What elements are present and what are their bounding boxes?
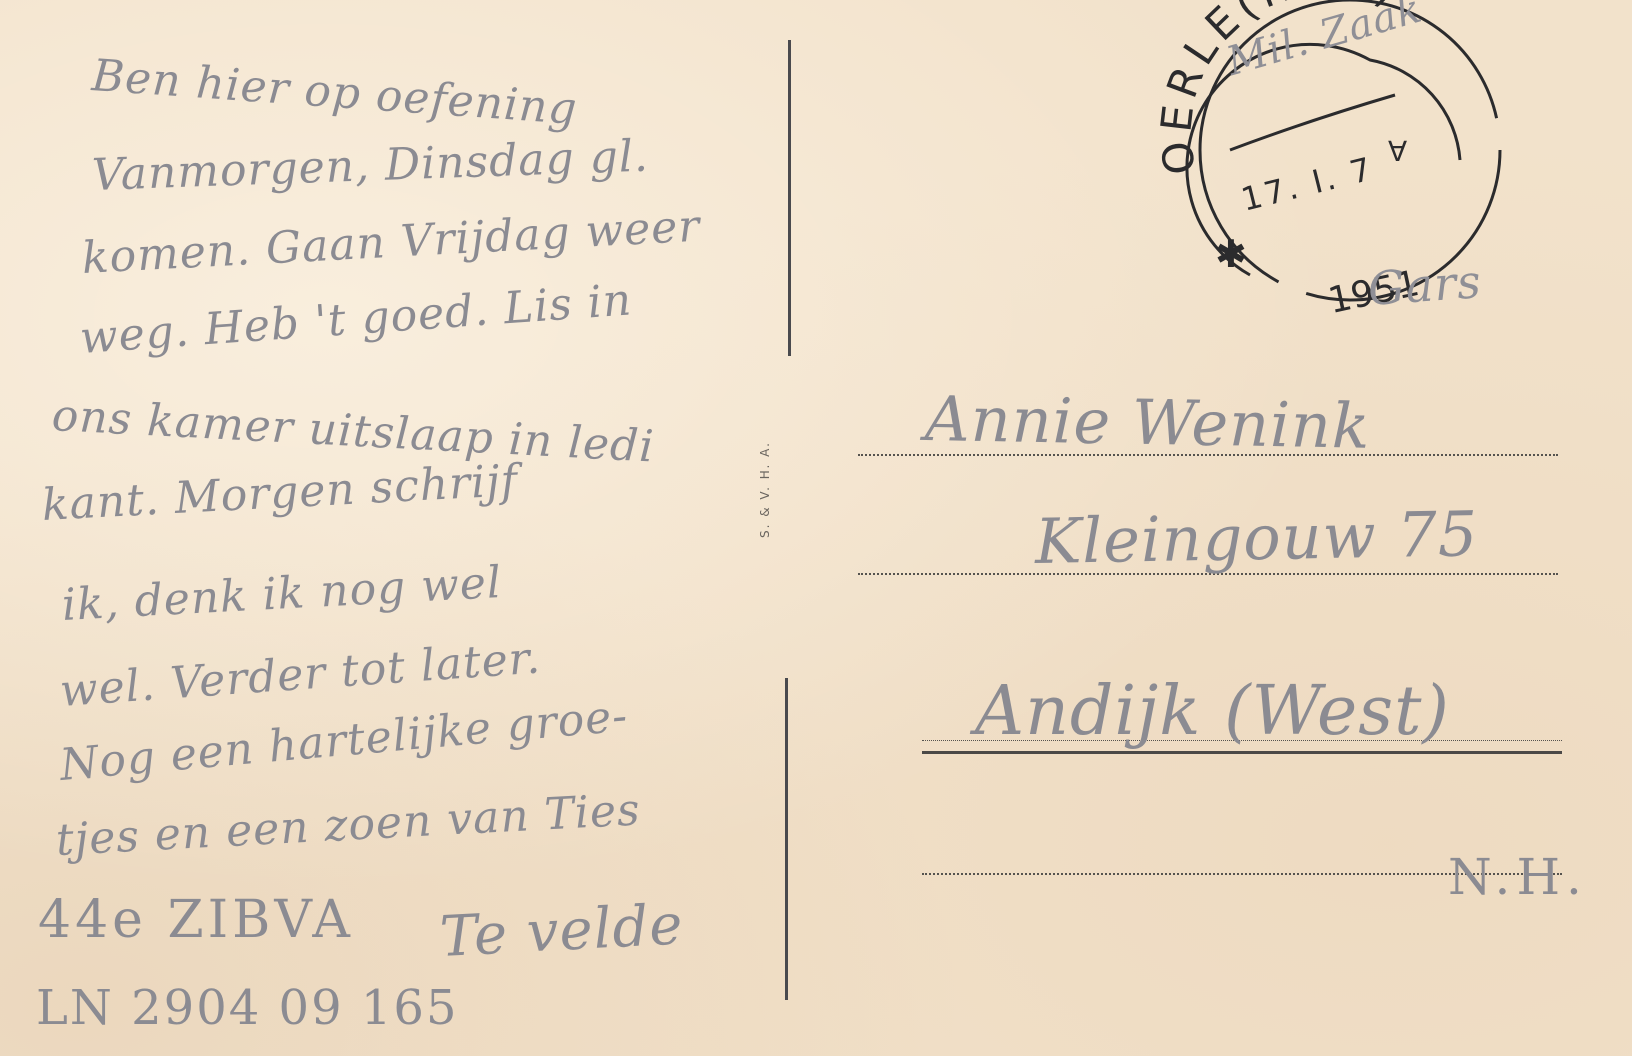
center-divider-bottom xyxy=(785,678,788,1000)
location-note: Te velde xyxy=(438,892,685,970)
message-line: ons kamer uitslaap in ledi xyxy=(51,390,656,472)
unit-designation: 44e ZIBVA xyxy=(38,890,354,950)
publisher-imprint: S. & V. H. A. xyxy=(758,441,772,538)
message-line: komen. Gaan Vrijdag weer xyxy=(81,201,702,284)
center-divider-top xyxy=(788,40,791,356)
recipient-name: Annie Wenink xyxy=(924,382,1371,463)
message-line: tjes en een zoen van Ties xyxy=(55,784,642,866)
message-line: Vanmorgen, Dinsdag gl. xyxy=(91,131,650,201)
postmark-time-letter: A xyxy=(1388,134,1407,167)
recipient-province: N.H. xyxy=(1448,848,1588,906)
message-line: kant. Morgen schrijf xyxy=(41,455,520,531)
star-icon: ✱ xyxy=(1215,232,1247,276)
message-line: weg. Heb 't goed. Lis in xyxy=(78,274,633,363)
postcard-back: Ben hier op oefening Vanmorgen, Dinsdag … xyxy=(0,0,1632,1056)
pencil-note-near-year: Gars xyxy=(1366,254,1483,316)
message-line: Ben hier op oefening xyxy=(90,50,579,135)
address-line-3-solid xyxy=(922,751,1562,754)
message-line: ik, denk ik nog wel xyxy=(61,557,503,631)
recipient-city: Andijk (West) xyxy=(975,672,1450,751)
recipient-street: Kleingouw 75 xyxy=(1034,497,1478,578)
service-number: LN 2904 09 165 xyxy=(36,980,459,1036)
